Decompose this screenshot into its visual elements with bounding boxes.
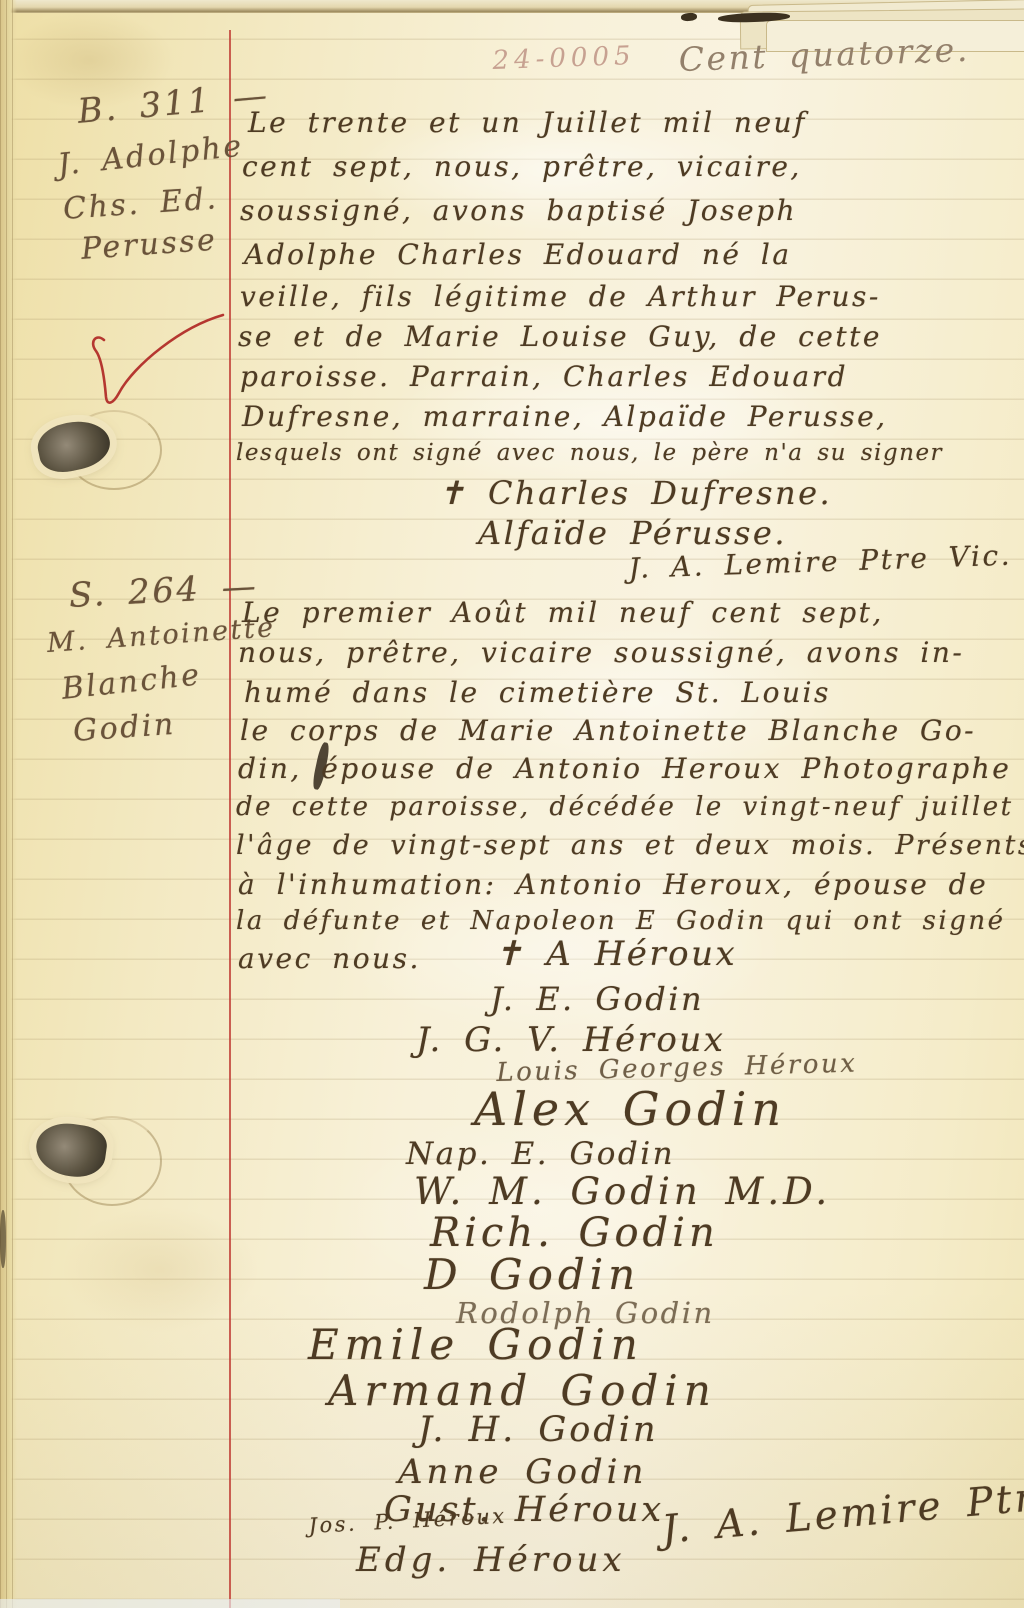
entry2-line: le corps de Marie Antoinette Blanche Go- — [240, 714, 976, 747]
entry2-line: nous, prêtre, vicaire soussigné, avons i… — [238, 636, 964, 669]
entry2-signature: Nap. E. Godin — [406, 1136, 675, 1172]
entry2-line: à l'inhumation: Antonio Heroux, épouse d… — [238, 868, 988, 901]
entry1-margin-name-2: Chs. Ed. — [62, 181, 219, 227]
entry2-signature: Armand Godin — [328, 1366, 717, 1415]
red-check-mark — [90, 310, 220, 410]
entry1-line: soussigné, avons baptisé Joseph — [240, 194, 797, 227]
entry1-line: Adolphe Charles Edouard né la — [244, 238, 792, 271]
entry1-line: lesquels ont signé avec nous, le père n'… — [236, 440, 943, 466]
entry1-line: paroisse. Parrain, Charles Edouard — [240, 360, 848, 393]
entry2-line: de cette paroisse, décédée le vingt-neuf… — [236, 792, 1024, 822]
entry1-line: se et de Marie Louise Guy, de cette — [238, 320, 882, 353]
entry1-line: veille, fils légitime de Arthur Perus- — [240, 280, 881, 313]
entry2-line: l'âge de vingt-sept ans et deux mois. Pr… — [236, 830, 1024, 861]
top-edge-smudge-1 — [681, 12, 698, 21]
entry2-line: la défunte et Napoleon E Godin qui ont s… — [236, 906, 1006, 936]
entry2-margin-name-2: Blanche — [60, 657, 203, 706]
left-edge-tear — [0, 1210, 6, 1268]
entry2-line: avec nous. — [238, 942, 421, 975]
entry2-signature: J. E. Godin — [490, 980, 704, 1018]
entry1-signature: ✝ Charles Dufresne. — [438, 474, 832, 512]
entry1-line: Dufresne, marraine, Alpaïde Perusse, — [242, 400, 888, 433]
entry1-line: cent sept, nous, prêtre, vicaire, — [242, 150, 802, 183]
red-margin-line — [229, 30, 231, 1608]
entry2-signature: W. M. Godin M.D. — [414, 1170, 831, 1213]
entry2-signature: J. A. Lemire Ptre Vic. — [660, 1463, 1024, 1552]
entry2-margin-name-3: Godin — [72, 707, 177, 749]
entry1-line: Le trente et un Juillet mil neuf — [248, 106, 807, 139]
entry2-line: humé dans le cimetière St. Louis — [244, 676, 831, 709]
entry2-signature: ✝ A Héroux — [494, 934, 737, 974]
entry2-signature: Anne Godin — [398, 1452, 647, 1492]
entry1-margin-name-1: J. Adolphe — [56, 128, 245, 182]
bottom-page-edge — [0, 1599, 340, 1608]
entry2-signature: Jos. P. Héroux — [308, 1504, 507, 1538]
entry2-signature: Alex Godin — [474, 1082, 786, 1136]
binding-left-edge — [0, 0, 17, 1608]
page-number: Cent quatorze. — [678, 30, 970, 79]
entry1-margin-number: B. 311 — — [76, 75, 271, 132]
entry2-line: din, épouse de Antonio Heroux Photograph… — [238, 752, 1011, 785]
entry2-signature: D Godin — [424, 1250, 640, 1299]
entry1-margin-name-3: Perusse — [80, 222, 218, 266]
entry1-signature: Alfaïde Pérusse. — [478, 514, 787, 552]
entry2-signature: J. H. Godin — [418, 1410, 659, 1450]
entry2-signature: Emile Godin — [308, 1320, 644, 1369]
register-page: 24-0005 Cent quatorze. B. 311 — J. Adolp… — [0, 0, 1024, 1608]
archival-code: 24-0005 — [492, 41, 636, 76]
entry2-signature: Edg. Héroux — [356, 1540, 626, 1580]
entry2-line: Le premier Août mil neuf cent sept, — [242, 596, 884, 629]
